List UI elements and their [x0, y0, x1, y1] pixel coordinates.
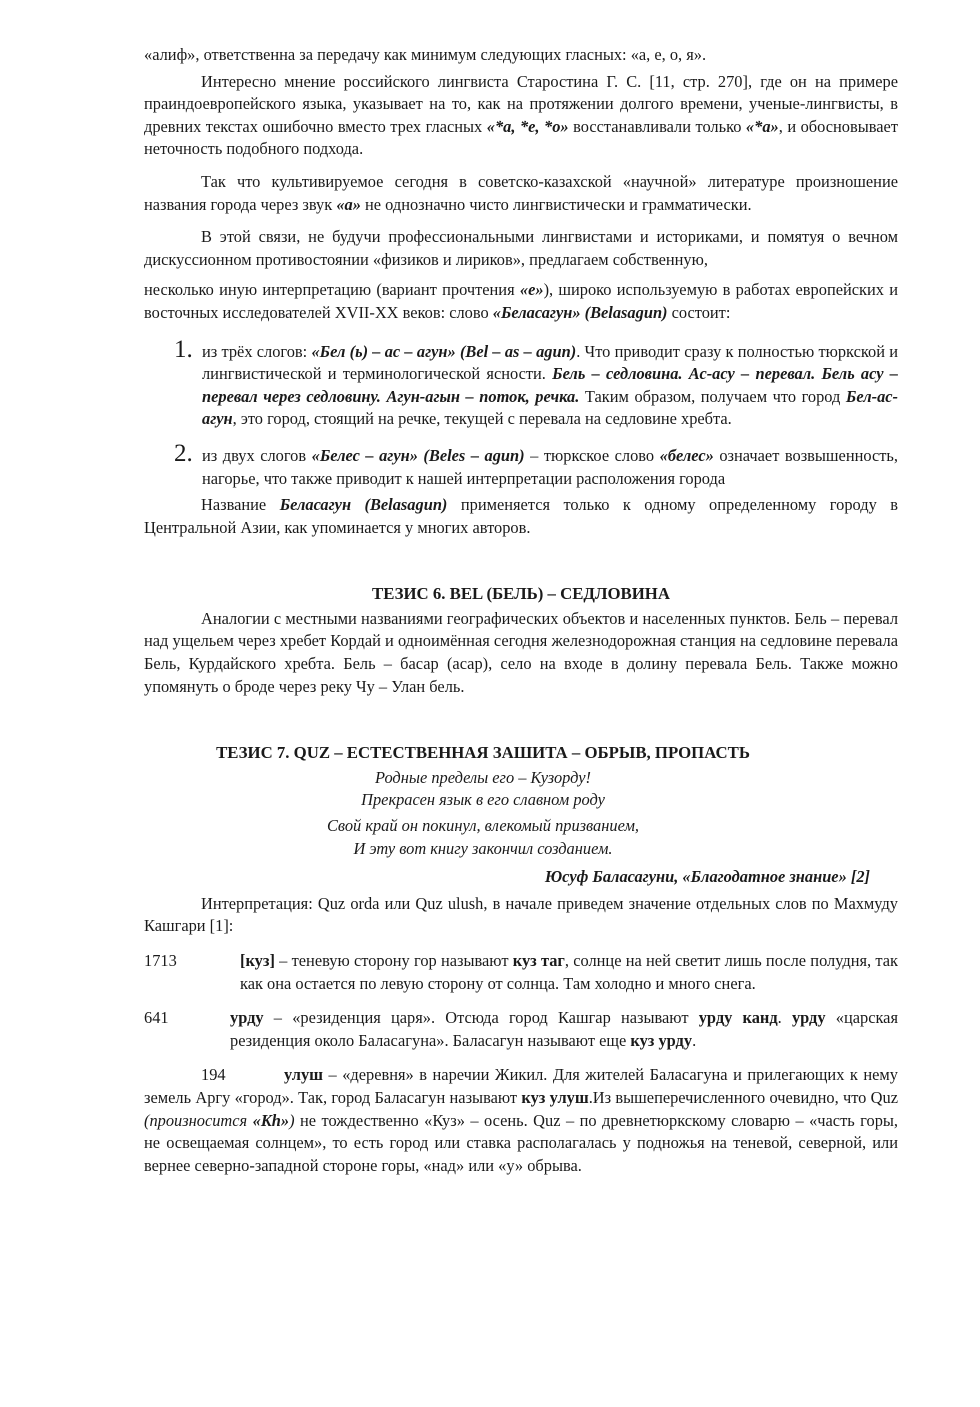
- text-run: Аналогии с местными названиями географич…: [144, 609, 898, 696]
- text-run: .: [692, 1031, 696, 1050]
- bold-term: улуш: [284, 1065, 323, 1084]
- epigraph-verse: Родные пределы его – Кузорду! Прекрасен …: [68, 767, 898, 860]
- list-number: 1.: [174, 335, 193, 365]
- text-run: Интерпретация: Quz orda или Quz ulush, в…: [144, 894, 898, 936]
- paragraph-cultivated-pronunciation: Так что культивируемое сегодня в советск…: [144, 171, 898, 216]
- text-run: Таким образом, получаем что город: [579, 387, 846, 406]
- entry-text: [куз] – теневую сторону гор называют куз…: [240, 951, 898, 993]
- bold-term: урду: [792, 1008, 826, 1027]
- text-run: – тюркское слово: [525, 446, 660, 465]
- text-run: .Из вышеперечисленного очевидно, что Quz: [589, 1088, 898, 1107]
- thesis-6-heading: ТЕЗИС 6. BEL (БЕЛЬ) – СЕДЛОВИНА: [144, 583, 898, 606]
- emphasized-term: «*а, *е, *о»: [487, 117, 569, 136]
- text-run: – «резиденция царя». Отсюда город Кашгар…: [264, 1008, 699, 1027]
- emphasized-term: «Kh»: [253, 1111, 289, 1130]
- paragraph-connection: В этой связи, не будучи профессиональным…: [144, 226, 898, 271]
- bold-term: урду: [230, 1008, 264, 1027]
- verse-line: Родные пределы его – Кузорду!: [68, 767, 898, 790]
- emphasized-term: «*а»: [746, 117, 779, 136]
- emphasized-term: «е»: [520, 280, 544, 299]
- verse-line: Свой край он покинул, влекомый призвание…: [68, 815, 898, 838]
- bold-term: куз улуш: [521, 1088, 588, 1107]
- list-number: 2.: [174, 439, 193, 469]
- text-run: несколько иную интерпретацию (вариант пр…: [144, 280, 520, 299]
- text-run: Название: [201, 495, 280, 514]
- verse-line: И эту вот книгу закончил созданием.: [68, 838, 898, 861]
- paragraph-alif: «алиф», ответственна за передачу как мин…: [144, 44, 898, 67]
- dictionary-entry-1713: 1713 [куз] – теневую сторону гор называю…: [144, 950, 898, 995]
- text-run: В этой связи, не будучи профессиональным…: [144, 227, 898, 269]
- emphasized-term: «белес»: [660, 446, 714, 465]
- verse-line: Прекрасен язык в его славном роду: [68, 789, 898, 812]
- text-run: из двух слогов: [202, 446, 312, 465]
- list-item-two-syllables: 2. из двух слогов «Белес – агун» (Beles …: [144, 445, 898, 490]
- paragraph-connection-continued: несколько иную интерпретацию (вариант пр…: [144, 279, 898, 324]
- text-run: , это город, стоящий на речке, текущей с…: [233, 409, 732, 428]
- entry-code: 1713: [144, 950, 177, 973]
- text-run: состоит:: [668, 303, 731, 322]
- thesis-7-heading: ТЕЗИС 7. QUZ – ЕСТЕСТВЕННАЯ ЗАШИТА – ОБР…: [68, 742, 898, 765]
- paragraph-starostin: Интересно мнение российского лингвиста С…: [144, 71, 898, 161]
- entry-code: 641: [144, 1007, 169, 1030]
- dictionary-entry-641: 641 урду – «резиденция царя». Отсюда гор…: [144, 1007, 898, 1052]
- text-run: не однозначно чисто лингвистически и гра…: [361, 195, 752, 214]
- emphasized-term: Беласагун (Belasagun): [280, 495, 448, 514]
- paragraph-name-usage: Название Беласагун (Belasagun) применяет…: [144, 494, 898, 539]
- text-run: из трёх слогов:: [202, 342, 311, 361]
- emphasized-term: «Белес – агун» (Beles – agun): [312, 446, 525, 465]
- epigraph-attribution: Юсуф Баласагуни, «Благодатное знание» [2…: [144, 866, 870, 889]
- emphasized-term: «Бел (ь) – ас – агун» (Bel – as – agun): [311, 342, 576, 361]
- dictionary-entry-194: 194улуш – «деревня» в наречии Жикил. Для…: [144, 1064, 898, 1177]
- paragraph-interpretation: Интерпретация: Quz orda или Quz ulush, в…: [144, 893, 898, 938]
- emphasized-term: «Беласагун» (Belasagun): [493, 303, 668, 322]
- list-item-three-syllables: 1. из трёх слогов: «Бел (ь) – ас – агун»…: [144, 341, 898, 431]
- bold-term: куз таг: [513, 951, 565, 970]
- bold-term: урду канд: [699, 1008, 778, 1027]
- bold-term: [куз]: [240, 951, 275, 970]
- italic-text: (произносится: [144, 1111, 253, 1130]
- text-run: восстанавливали только: [569, 117, 746, 136]
- list-item-text: из трёх слогов: «Бел (ь) – ас – агун» (B…: [202, 342, 898, 429]
- emphasized-term: «а»: [336, 195, 361, 214]
- entry-code: 194: [201, 1064, 284, 1087]
- text-run: .: [778, 1008, 792, 1027]
- bold-term: куз урду: [630, 1031, 692, 1050]
- list-item-text: из двух слогов «Белес – агун» (Beles – a…: [202, 446, 898, 488]
- thesis-6-body: Аналогии с местными названиями географич…: [144, 608, 898, 698]
- text-run: «алиф», ответственна за передачу как мин…: [144, 45, 706, 64]
- document-page: «алиф», ответственна за передачу как мин…: [144, 44, 898, 1177]
- entry-text: урду – «резиденция царя». Отсюда город К…: [230, 1008, 898, 1050]
- text-run: – теневую сторону гор называют: [275, 951, 513, 970]
